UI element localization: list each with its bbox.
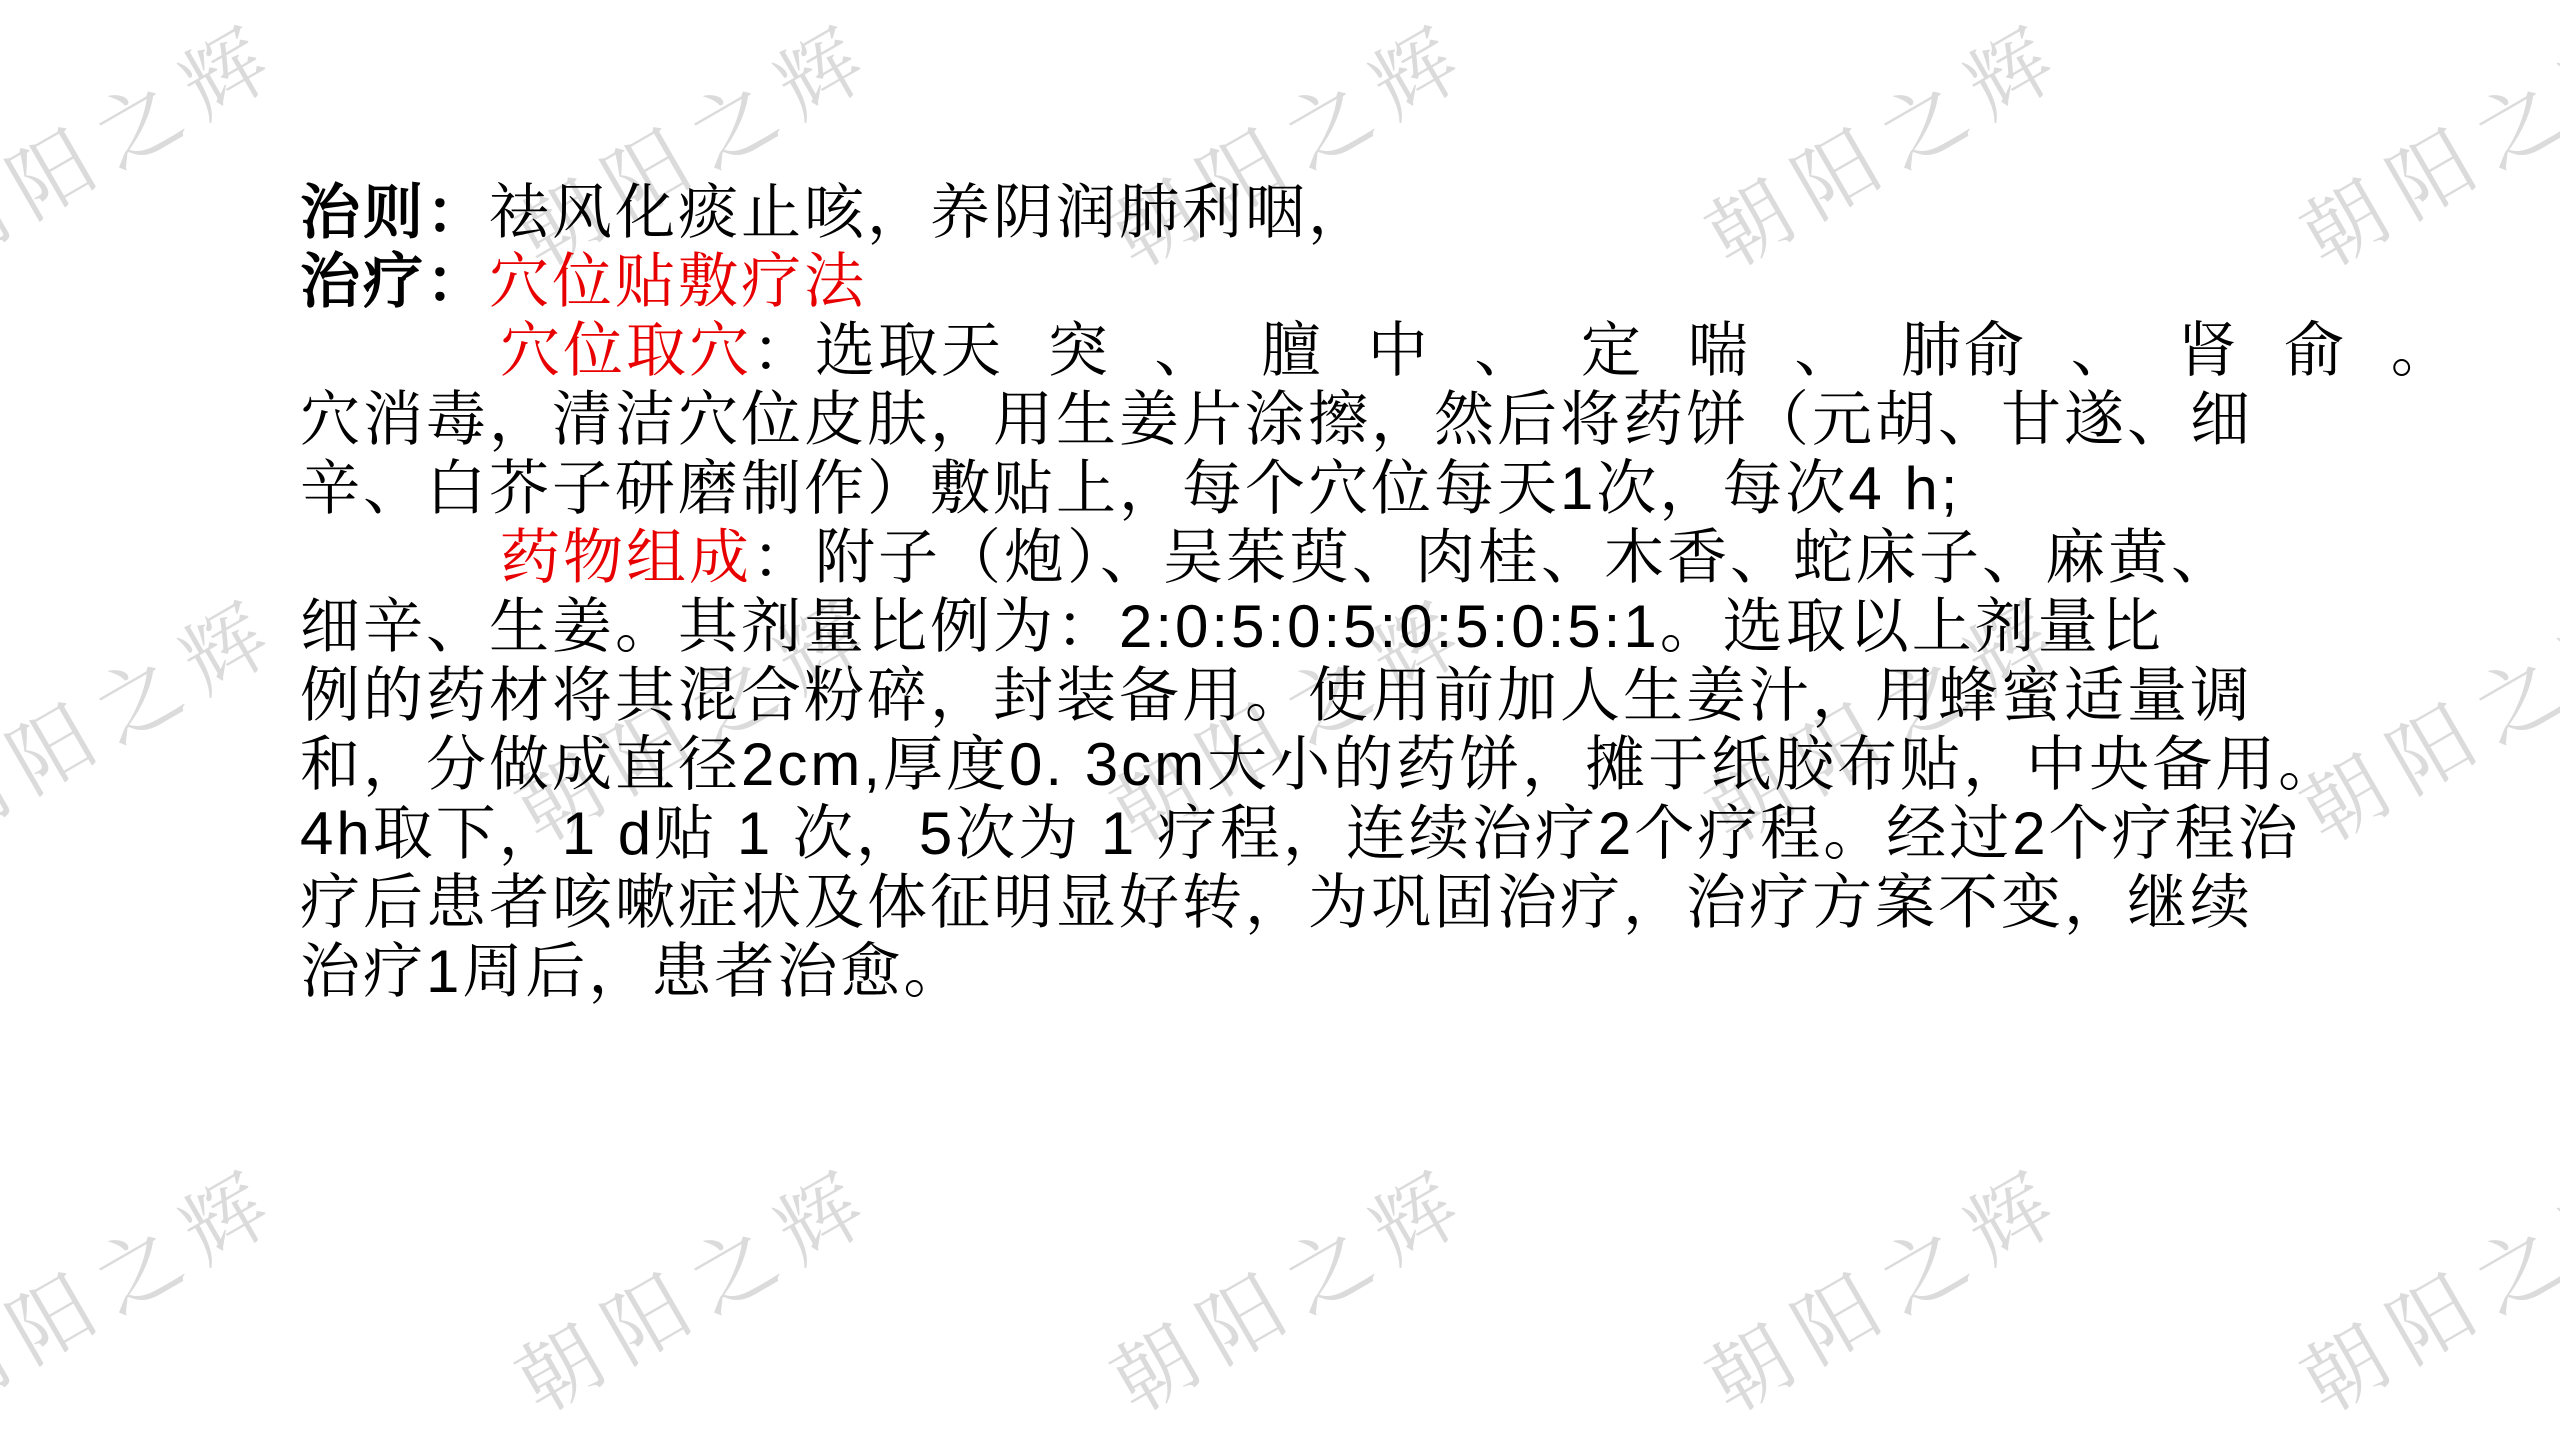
text-line: 和，分做成直径2cm,厚度0. 3cm大小的药饼，摊于纸胶布贴，中央备用。 [300,730,2370,799]
text-line: 药物组成：附子（炮）、吴茱萸、肉桂、木香、蛇床子、麻黄、 [300,523,2370,592]
body-text: 细辛、生姜。其剂量比例为：2:0:5:0:5:0:5:0:5:1。选取以上剂量比 [300,593,2164,660]
body-text: ：附子（炮）、吴茱萸、肉桂、木香、蛇床子、麻黄、 [752,524,2234,591]
text-line: 4h取下，1 d贴 1 次，5次为 1 疗程，连续治疗2个疗程。经过2个疗程治 [300,799,2370,868]
body-text: 例的药材将其混合粉碎，封装备用。使用前加人生姜汁，用蜂蜜适量调 [300,662,2253,729]
body-text: 治疗1周后，患者治愈。 [300,938,966,1005]
highlighted-text: 药物组成 [500,524,752,591]
text-line: 辛、白芥子研磨制作）敷贴上，每个穴位每天1次，每次4 h; [300,454,2370,523]
text-line: 治则：祛风化痰止咳，养阴润肺利咽， [300,178,2370,247]
text-line: 细辛、生姜。其剂量比例为：2:0:5:0:5:0:5:0:5:1。选取以上剂量比 [300,592,2370,661]
text-line: 例的药材将其混合粉碎，封装备用。使用前加人生姜汁，用蜂蜜适量调 [300,661,2370,730]
document-body: 治则：祛风化痰止咳，养阴润肺利咽，治疗：穴位贴敷疗法穴位取穴：选取天 突 、 膻… [300,178,2370,1006]
watermark-text: 朝阳之辉 [2278,1134,2560,1435]
watermark-text: 朝阳之辉 [0,1134,302,1435]
text-line: 穴消毒，清洁穴位皮肤，用生姜片涂擦，然后将药饼（元胡、甘遂、细 [300,385,2370,454]
highlighted-text: 穴位贴敷疗法 [489,248,867,315]
watermark-text: 朝阳之辉 [1683,1134,2088,1435]
watermark-text: 朝阳之辉 [0,564,302,865]
body-text: 穴消毒，清洁穴位皮肤，用生姜片涂擦，然后将药饼（元胡、甘遂、细 [300,386,2253,453]
body-text: 疗后患者咳嗽症状及体征明显好转，为巩固治疗，治疗方案不变，继续 [300,869,2253,936]
text-line: 穴位取穴：选取天 突 、 膻 中 、 定 喘 、 肺俞 、 肾 俞 。 [300,316,2370,385]
label-text: 治则： [300,179,489,246]
watermark-text: 朝阳之辉 [493,1134,898,1435]
watermark-text: 朝阳之辉 [0,0,302,291]
body-text: 4h取下，1 d贴 1 次，5次为 1 疗程，连续治疗2个疗程。经过2个疗程治 [300,800,2301,867]
body-text: ：选取天 突 、 膻 中 、 定 喘 、 肺俞 、 肾 俞 。 [752,317,2454,384]
slide-page: { "page": { "background": "#ffffff" }, "… [0,0,2560,1440]
text-line: 疗后患者咳嗽症状及体征明显好转，为巩固治疗，治疗方案不变，继续 [300,868,2370,937]
body-text: 辛、白芥子研磨制作）敷贴上，每个穴位每天1次，每次4 h; [300,455,1960,522]
text-line: 治疗1周后，患者治愈。 [300,937,2370,1006]
highlighted-text: 穴位取穴 [500,317,752,384]
body-text: 祛风化痰止咳，养阴润肺利咽， [489,179,1371,246]
label-text: 治疗： [300,248,489,315]
watermark-text: 朝阳之辉 [1088,1134,1493,1435]
body-text: 和，分做成直径2cm,厚度0. 3cm大小的药饼，摊于纸胶布贴，中央备用。 [300,731,2341,798]
text-line: 治疗：穴位贴敷疗法 [300,247,2370,316]
